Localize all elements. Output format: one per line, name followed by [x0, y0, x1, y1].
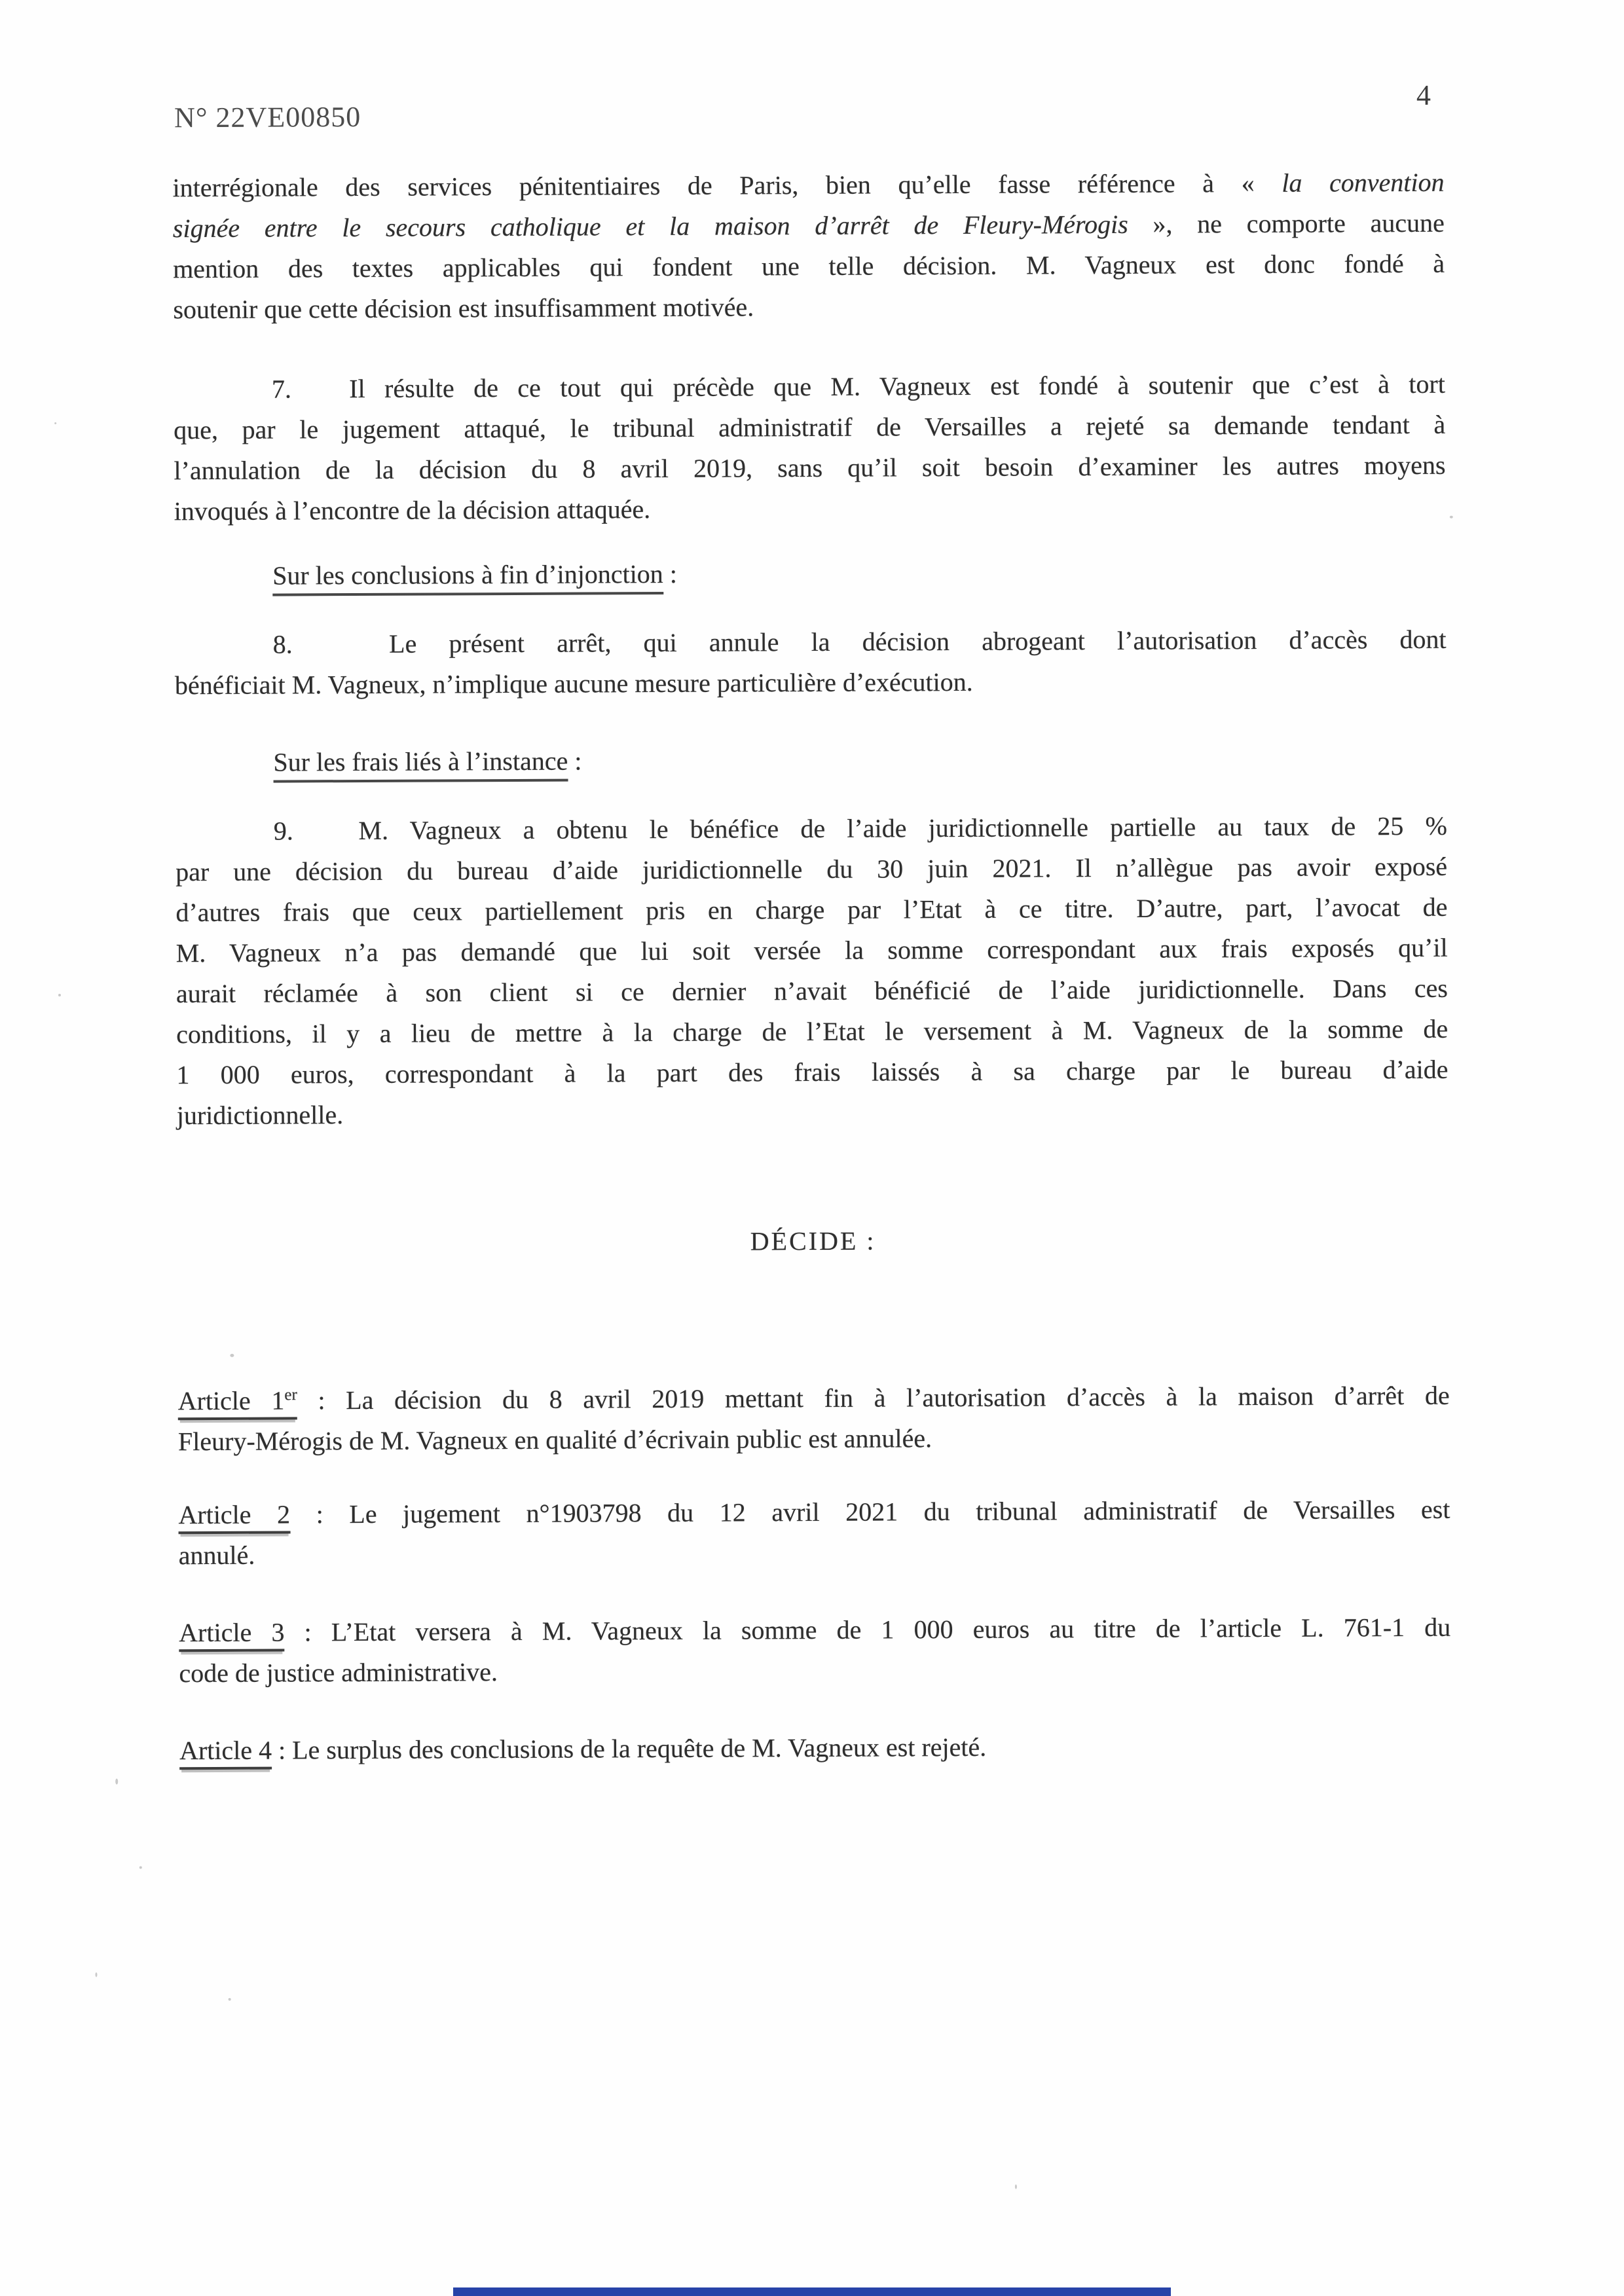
article-label-text: Article 4 [179, 1736, 272, 1766]
article-text: : Le surplus des conclusions de la requê… [272, 1732, 986, 1765]
heading-colon: : [568, 746, 581, 776]
scan-speckle [54, 422, 56, 424]
italic-citation: signée entre le secours catholique et la… [173, 210, 1128, 243]
text-line: 1 000 euros, correspondant à la part des… [176, 1049, 1448, 1095]
article-label-text: Article 1 [178, 1386, 285, 1416]
text-line: Article 4 : Le surplus des conclusions d… [179, 1725, 1451, 1771]
underlined-heading-text: Sur les frais liés à l’instance [273, 746, 568, 783]
text-line: conditions, il y a lieu de mettre à la c… [176, 1009, 1448, 1055]
text-line: que, par le jugement attaqué, le tribuna… [174, 405, 1445, 450]
decide-heading: DÉCIDE : [177, 1218, 1449, 1264]
text-line: par une décision du bureau d’aide juridi… [175, 847, 1447, 892]
article-label: Article 1er [178, 1385, 297, 1420]
paragraph-9: 9. M. Vagneux a obtenu le bénéfice de l’… [175, 806, 1449, 1136]
text-line: signée entre le secours catholique et la… [173, 203, 1445, 249]
scan-speckle [139, 1866, 142, 1868]
text-line: 7. Il résulte de ce tout qui précède que… [174, 364, 1445, 410]
text-line: Article 2 : Le jugement n°1903798 du 12 … [178, 1489, 1450, 1535]
article-3: Article 3 : L’Etat versera à M. Vagneux … [179, 1607, 1451, 1694]
text-line: 8. Le présent arrêt, qui annule la décis… [175, 619, 1447, 665]
heading-colon: : [663, 559, 677, 589]
scan-speckle [230, 1354, 234, 1357]
text-line: aurait réclamée à son client si ce derni… [176, 968, 1448, 1014]
document-body: interrégionale des services pénitentiair… [172, 162, 1451, 1771]
case-number: N° 22VE00850 [174, 100, 361, 134]
section-heading-injonction: Sur les conclusions à fin d’injonction : [174, 551, 1446, 596]
scan-speckle [115, 1779, 118, 1785]
text-line: bénéficiait M. Vagneux, n’implique aucun… [175, 660, 1447, 706]
article-2: Article 2 : Le jugement n°1903798 du 12 … [178, 1489, 1450, 1576]
italic-citation: la convention [1282, 168, 1444, 198]
text-line: Article 1er : La décision du 8 avril 201… [178, 1376, 1450, 1421]
text-line: Article 3 : L’Etat versera à M. Vagneux … [179, 1607, 1450, 1653]
text-line: soutenir que cette décision est insuffis… [173, 284, 1445, 330]
article-text: : Le jugement n°1903798 du 12 avril 2021… [290, 1495, 1450, 1529]
text-line: 9. M. Vagneux a obtenu le bénéfice de l’… [175, 806, 1447, 852]
text-line: annulé. [179, 1530, 1450, 1576]
text-line: d’autres frais que ceux partiellement pr… [175, 887, 1447, 933]
scan-tilt-wrapper: N° 22VE00850 4 interrégionale des servic… [0, 0, 1624, 2296]
text-line: mention des textes applicables qui fonde… [173, 244, 1445, 289]
article-label-text: Article 2 [178, 1499, 290, 1529]
text-line: juridictionnelle. [177, 1090, 1449, 1136]
paragraph-7: 7. Il résulte de ce tout qui précède que… [174, 364, 1446, 532]
text-run: interrégionale des services pénitentiair… [172, 168, 1282, 202]
section-heading-frais: Sur les frais liés à l’instance : [175, 737, 1447, 783]
scan-speckle [58, 994, 61, 996]
scan-speckle [1015, 2185, 1017, 2189]
paragraph-continuation: interrégionale des services pénitentiair… [172, 162, 1445, 330]
article-4: Article 4 : Le surplus des conclusions d… [179, 1725, 1451, 1771]
text-run: », ne comporte aucune [1128, 208, 1445, 239]
article-label: Article 4 [179, 1736, 272, 1770]
text-line: code de justice administrative. [179, 1648, 1450, 1694]
article-text: : L’Etat versera à M. Vagneux la somme d… [284, 1613, 1450, 1647]
article-text: : La décision du 8 avril 2019 mettant fi… [297, 1381, 1450, 1415]
underlined-heading-text: Sur les conclusions à fin d’injonction [272, 559, 663, 596]
article-1: Article 1er : La décision du 8 avril 201… [178, 1376, 1450, 1462]
scan-blue-strip-artifact [453, 2287, 1171, 2296]
scan-speckle [95, 1973, 97, 1977]
scan-speckle [1450, 516, 1453, 519]
article-label-ordinal: er [284, 1386, 297, 1404]
text-line: Fleury-Mérogis de M. Vagneux en qualité … [178, 1416, 1450, 1462]
article-label-text: Article 3 [179, 1618, 284, 1648]
paragraph-8: 8. Le présent arrêt, qui annule la décis… [175, 619, 1447, 706]
scanned-court-decision-page: N° 22VE00850 4 interrégionale des servic… [0, 0, 1624, 2296]
text-line: invoqués à l’encontre de la décision att… [174, 486, 1446, 532]
page-number: 4 [1416, 79, 1431, 112]
scan-speckle [229, 1998, 231, 2001]
text-line: M. Vagneux n’a pas demandé que lui soit … [176, 928, 1448, 974]
article-label: Article 3 [179, 1618, 284, 1652]
article-label: Article 2 [178, 1499, 290, 1534]
text-line: interrégionale des services pénitentiair… [172, 162, 1444, 208]
text-line: l’annulation de la décision du 8 avril 2… [174, 445, 1445, 491]
